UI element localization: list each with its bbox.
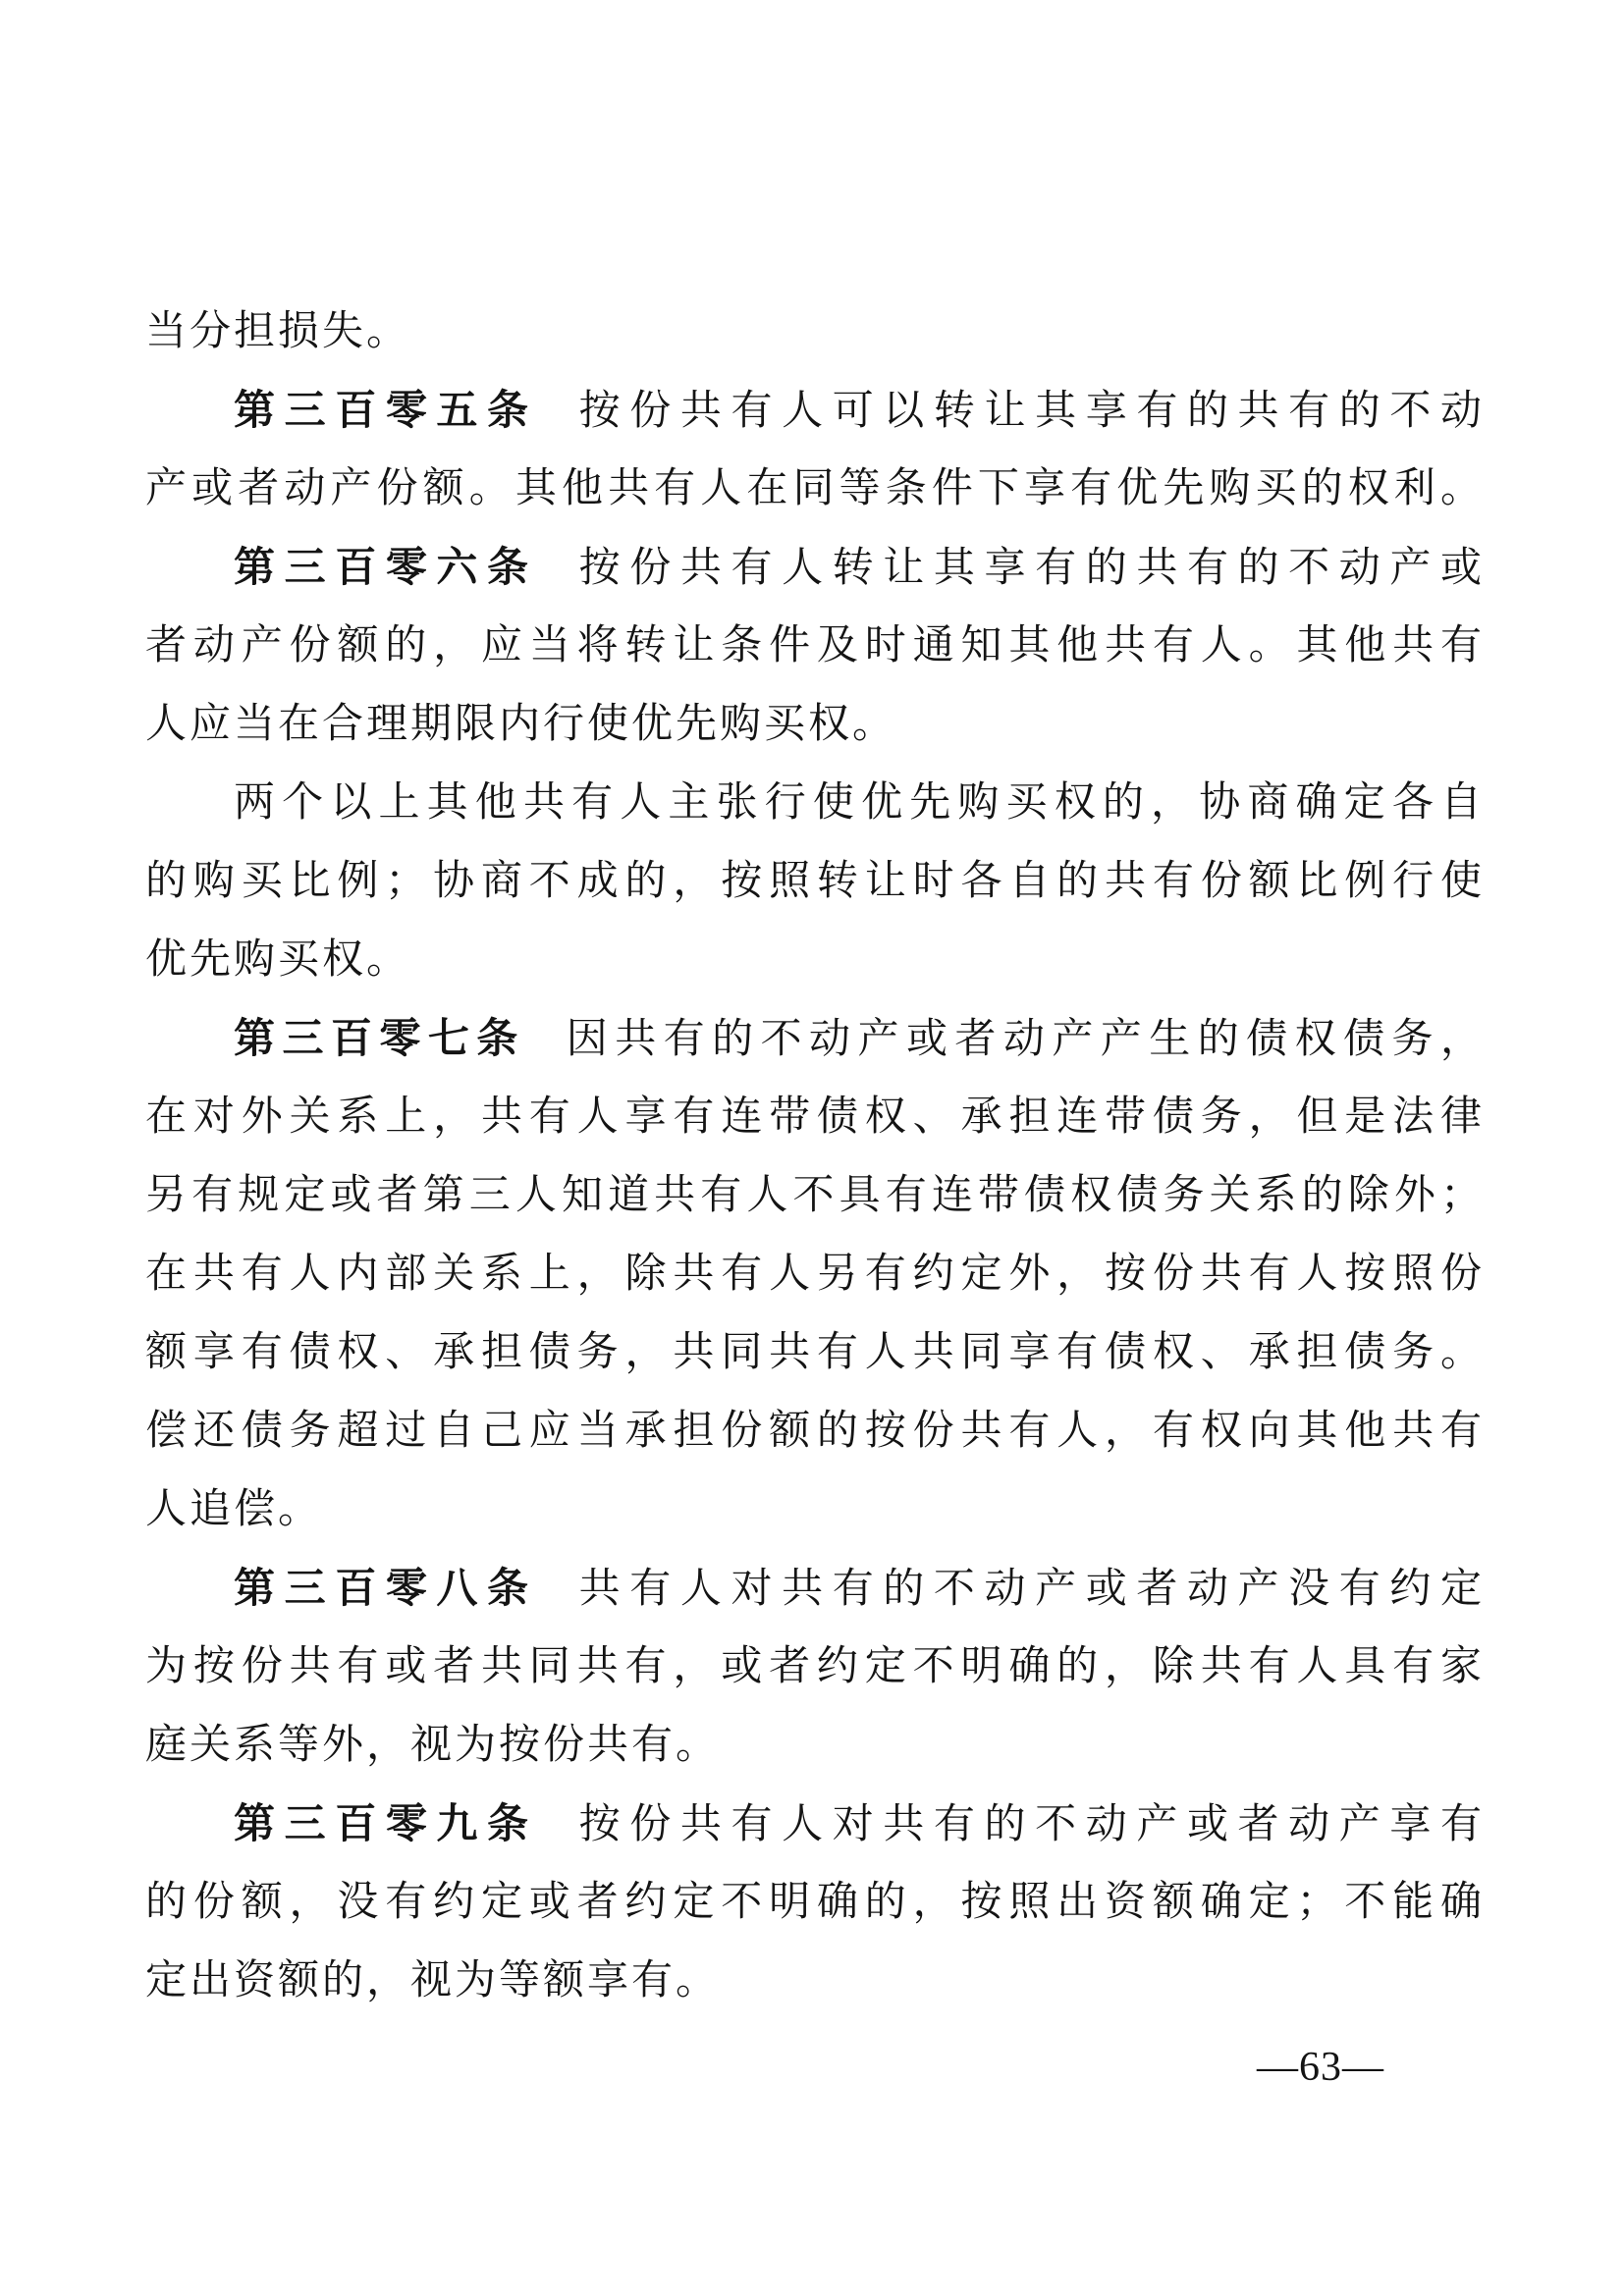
body-text: 共有人对共有的不动产或者动产没有约定: [579, 1567, 1485, 1612]
document-line: 人应当在合理期限内行使优先购买权。: [145, 685, 1485, 764]
body-text: 在共有人内部关系上，除共有人另有约定外，按份共有人按照份: [145, 1252, 1485, 1297]
document-page: 当分担损失。第三百零五条按份共有人可以转让其享有的共有的不动产或者动产份额。其他…: [0, 0, 1624, 2296]
body-text: 人追偿。: [145, 1487, 322, 1532]
page-number: —63—: [1257, 2044, 1384, 2091]
article-line: 第三百零九条按份共有人对共有的不动产或者动产享有: [145, 1785, 1485, 1863]
body-text: 庭关系等外，视为按份共有。: [145, 1723, 720, 1768]
body-text: 另有规定或者第三人知道共有人不具有连带债权债务关系的除外；: [145, 1173, 1485, 1218]
body-text: 按份共有人转让其享有的共有的不动产或: [579, 546, 1485, 591]
document-line: 为按份共有或者共同共有，或者约定不明确的，除共有人具有家: [145, 1628, 1485, 1706]
article-number: 第三百零八条: [234, 1565, 538, 1611]
body-text: 为按份共有或者共同共有，或者约定不明确的，除共有人具有家: [145, 1644, 1485, 1689]
body-text: 当分担损失。: [145, 309, 410, 354]
document-line: 两个以上其他共有人主张行使优先购买权的，协商确定各自: [145, 764, 1485, 842]
document-line: 优先购买权。: [145, 921, 1485, 999]
body-text: 在对外关系上，共有人享有连带债权、承担连带债务，但是法律: [145, 1095, 1485, 1140]
document-line: 者动产份额的，应当将转让条件及时通知其他共有人。其他共有: [145, 607, 1485, 685]
document-line: 偿还债务超过自己应当承担份额的按份共有人，有权向其他共有: [145, 1392, 1485, 1470]
document-line: 定出资额的，视为等额享有。: [145, 1942, 1485, 2020]
body-text: 因共有的不动产或者动产产生的债权债务，: [567, 1017, 1485, 1062]
document-line: 在对外关系上，共有人享有连带债权、承担连带债务，但是法律: [145, 1078, 1485, 1156]
document-line: 的购买比例；协商不成的，按照转让时各自的共有份额比例行使: [145, 842, 1485, 921]
article-number: 第三百零五条: [234, 387, 538, 433]
article-number: 第三百零六条: [234, 544, 538, 590]
article-line: 第三百零五条按份共有人可以转让其享有的共有的不动: [145, 371, 1485, 450]
article-number: 第三百零七条: [234, 1015, 525, 1061]
article-line: 第三百零六条按份共有人转让其享有的共有的不动产或: [145, 528, 1485, 607]
document-line: 额享有债权、承担债务，共同共有人共同享有债权、承担债务。: [145, 1313, 1485, 1392]
body-text: 按份共有人对共有的不动产或者动产享有: [579, 1802, 1485, 1847]
document-line: 人追偿。: [145, 1470, 1485, 1549]
body-text: 产或者动产份额。其他共有人在同等条件下享有优先购买的权利。: [145, 466, 1485, 511]
document-text-block: 当分担损失。第三百零五条按份共有人可以转让其享有的共有的不动产或者动产份额。其他…: [145, 293, 1485, 2020]
article-line: 第三百零八条共有人对共有的不动产或者动产没有约定: [145, 1549, 1485, 1628]
body-text: 者动产份额的，应当将转让条件及时通知其他共有人。其他共有: [145, 623, 1485, 668]
document-line: 在共有人内部关系上，除共有人另有约定外，按份共有人按照份: [145, 1235, 1485, 1313]
body-text: 两个以上其他共有人主张行使优先购买权的，协商确定各自: [234, 780, 1485, 826]
article-number: 第三百零九条: [234, 1800, 538, 1846]
body-text: 的购买比例；协商不成的，按照转让时各自的共有份额比例行使: [145, 859, 1485, 904]
article-line: 第三百零七条因共有的不动产或者动产产生的债权债务，: [145, 999, 1485, 1078]
body-text: 优先购买权。: [145, 937, 410, 983]
body-text: 定出资额的，视为等额享有。: [145, 1958, 720, 2003]
document-line: 庭关系等外，视为按份共有。: [145, 1706, 1485, 1785]
document-line: 产或者动产份额。其他共有人在同等条件下享有优先购买的权利。: [145, 450, 1485, 528]
body-text: 按份共有人可以转让其享有的共有的不动: [579, 389, 1485, 434]
document-line: 另有规定或者第三人知道共有人不具有连带债权债务关系的除外；: [145, 1156, 1485, 1235]
document-line: 的份额，没有约定或者约定不明确的，按照出资额确定；不能确: [145, 1863, 1485, 1942]
document-line: 当分担损失。: [145, 293, 1485, 371]
body-text: 偿还债务超过自己应当承担份额的按份共有人，有权向其他共有: [145, 1409, 1485, 1454]
body-text: 额享有债权、承担债务，共同共有人共同享有债权、承担债务。: [145, 1330, 1485, 1375]
body-text: 人应当在合理期限内行使优先购买权。: [145, 702, 896, 747]
body-text: 的份额，没有约定或者约定不明确的，按照出资额确定；不能确: [145, 1880, 1485, 1925]
